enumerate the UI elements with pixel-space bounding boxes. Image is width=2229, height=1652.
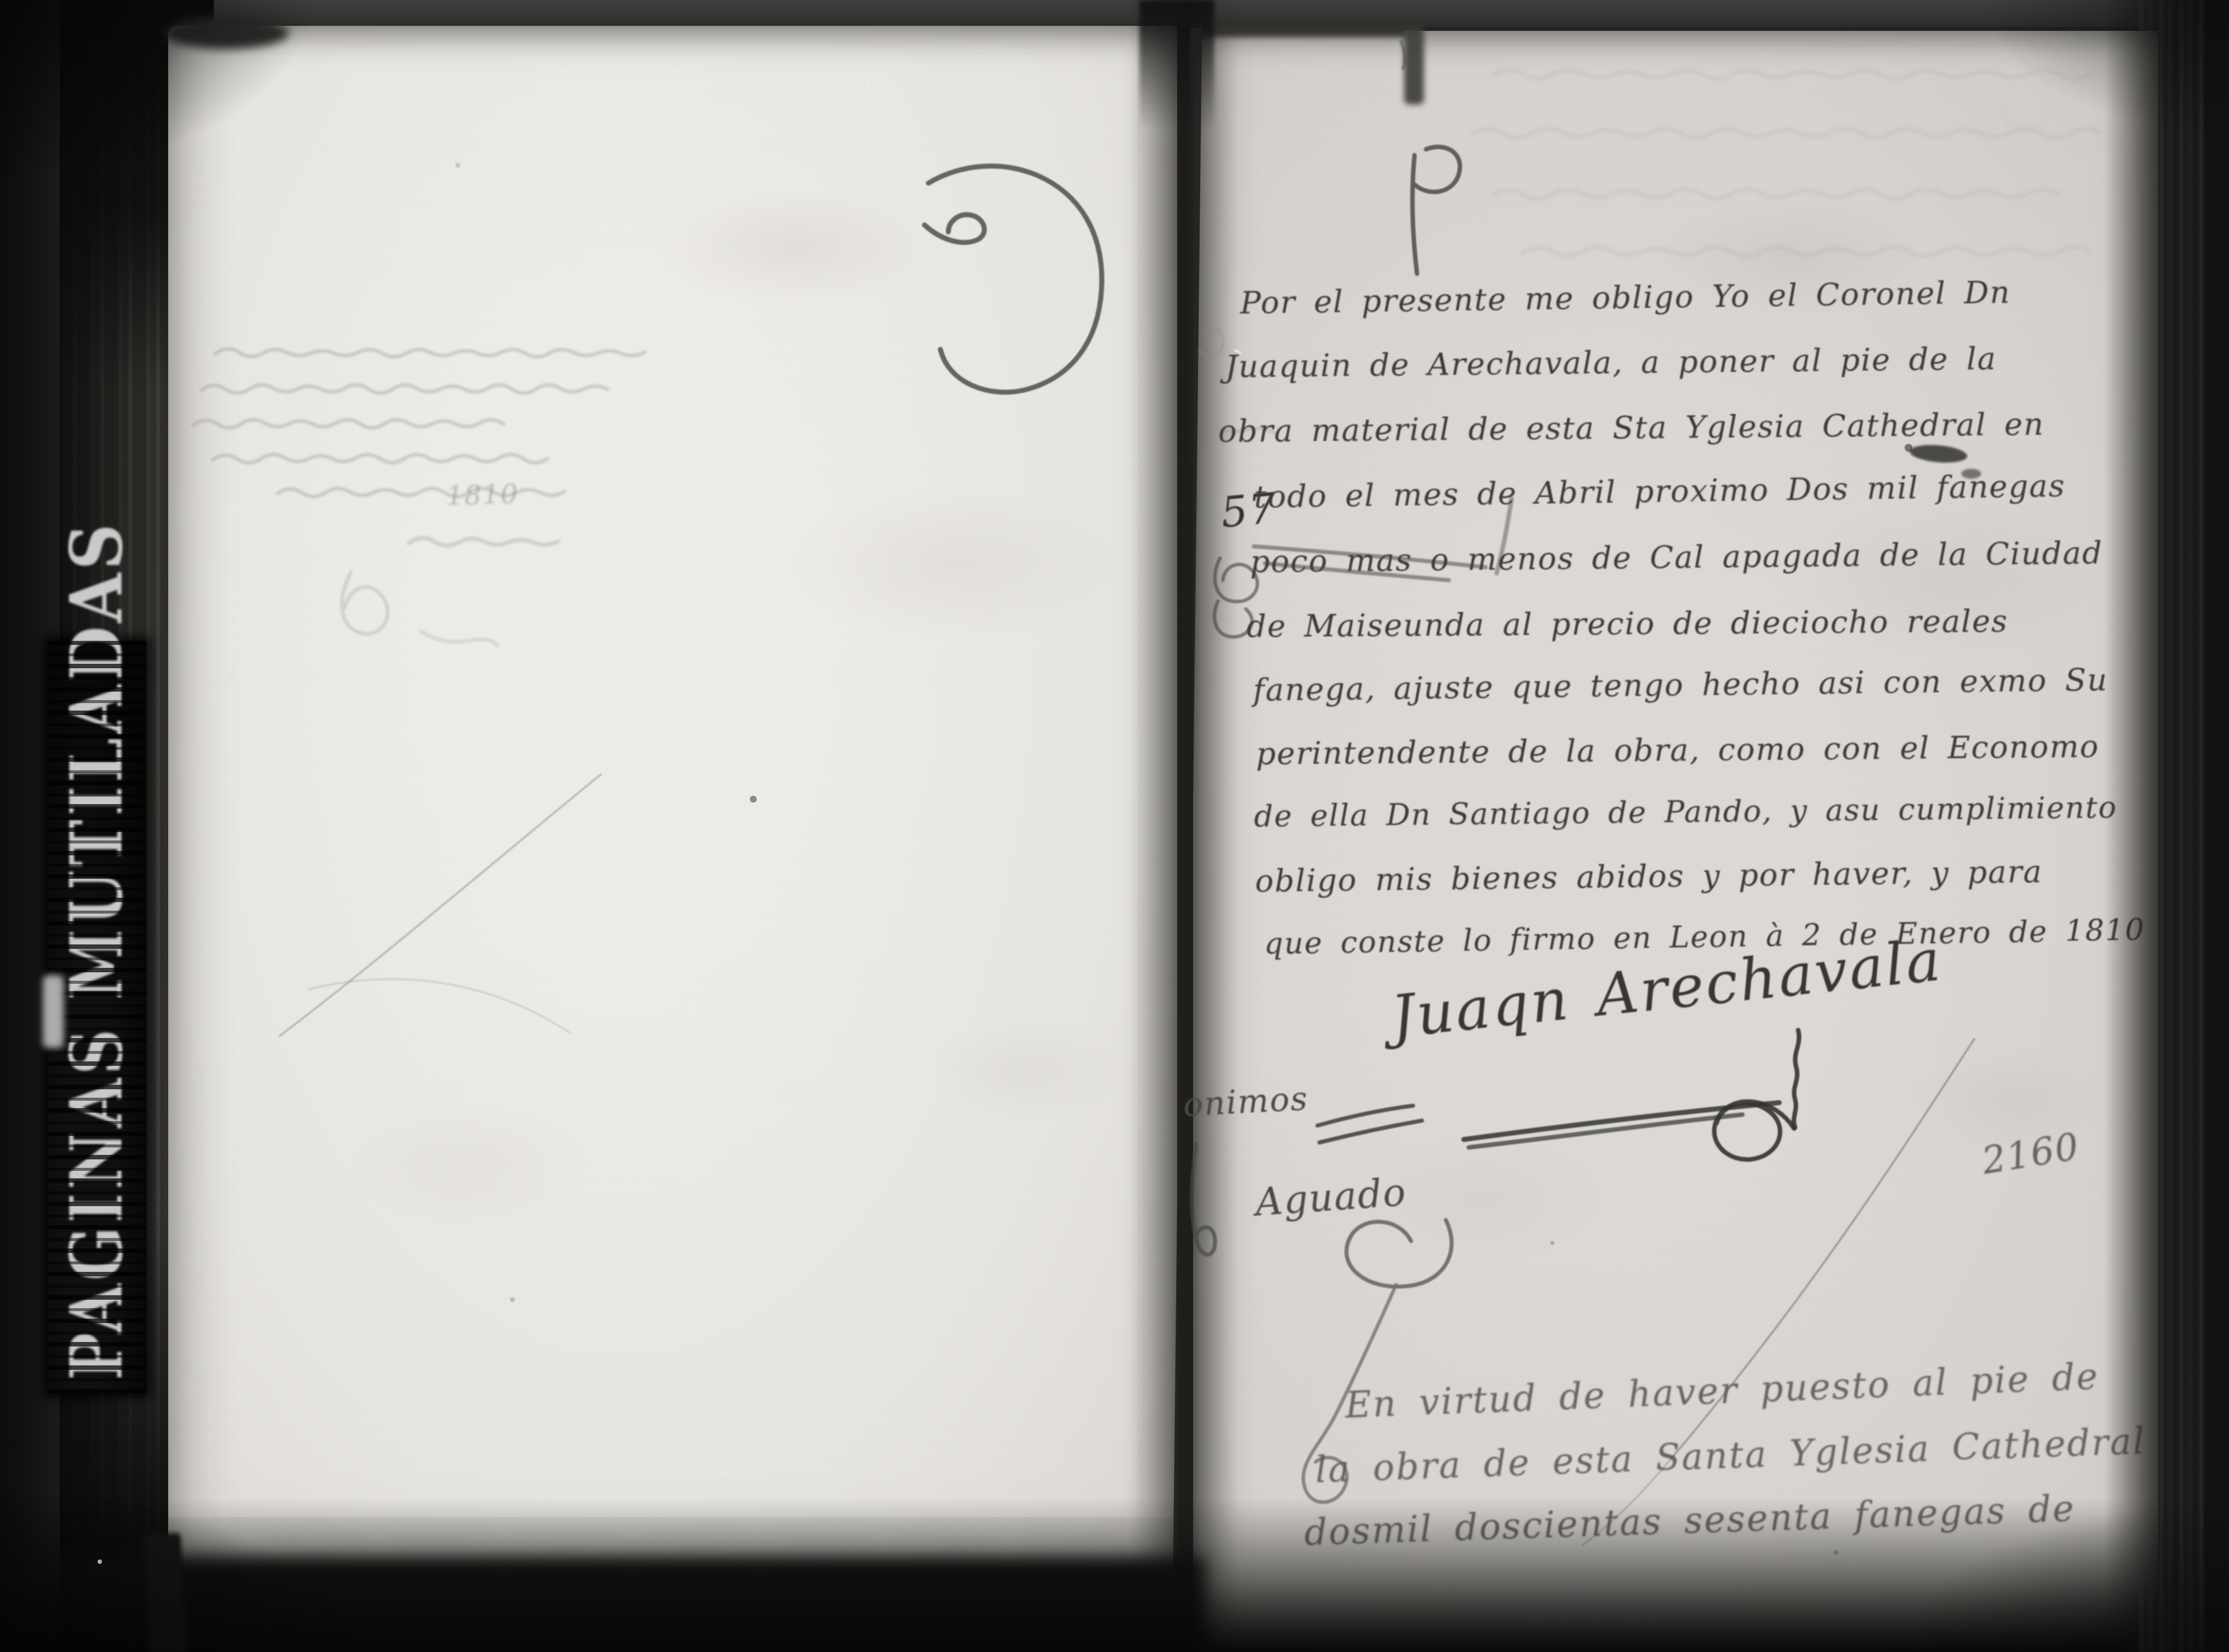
bottom-vignette bbox=[0, 1498, 2229, 1652]
film-top-band bbox=[0, 0, 2229, 27]
film-right-edge-streaks bbox=[2139, 0, 2204, 1652]
handwritten-line-8: perintendente de la obra, como con el Ec… bbox=[1256, 728, 2100, 772]
gutter-shadow bbox=[1128, 0, 1238, 1652]
gutter-word: onimos bbox=[1182, 1079, 1309, 1124]
handwritten-line-3: obra material de esta Sta Yglesia Cathed… bbox=[1218, 406, 2044, 449]
bottom-dark-tab bbox=[143, 1533, 187, 1652]
film-bright-blob bbox=[43, 975, 64, 1048]
left-page bbox=[168, 26, 1177, 1608]
film-white-speck bbox=[867, 81, 870, 84]
torn-top-edge-left-page bbox=[164, 17, 289, 49]
right-page-torn-notch bbox=[1404, 26, 1424, 104]
paper-mottle bbox=[168, 26, 1177, 1608]
ghost-year: 1810 bbox=[446, 478, 519, 512]
film-white-speck bbox=[98, 1559, 102, 1564]
microfilm-scan: 1810 57 Por el presente me obligo Yo el … bbox=[0, 0, 2229, 1652]
gutter-top-shadow bbox=[1139, 0, 1214, 129]
handwritten-line-6: de Maiseunda al precio de dieciocho real… bbox=[1246, 603, 2008, 644]
